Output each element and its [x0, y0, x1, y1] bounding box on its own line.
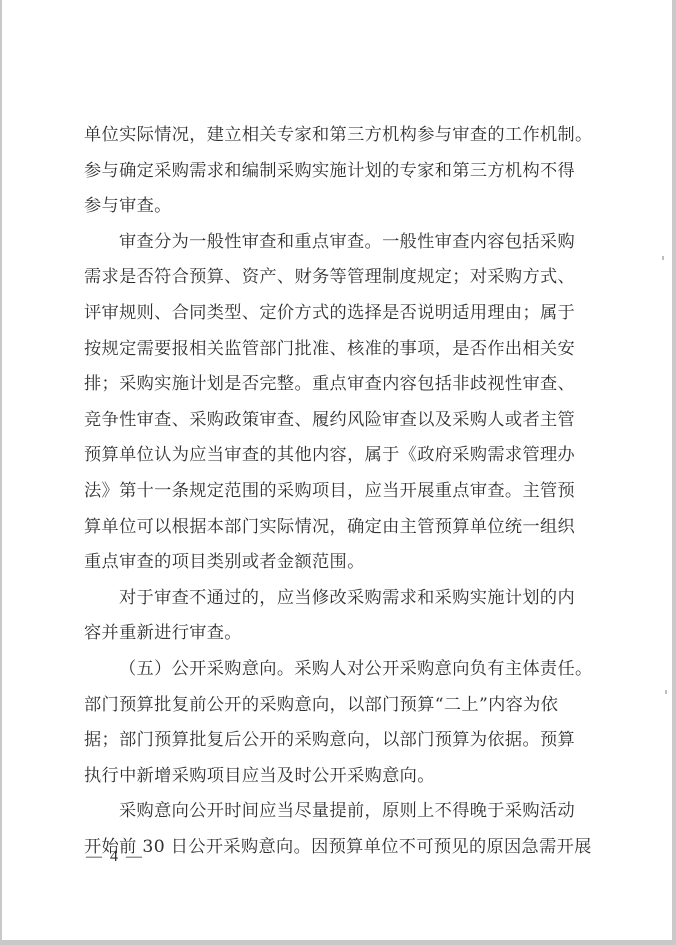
scan-speck	[662, 256, 664, 260]
text-line: 开始前 30 日公开采购意向。因预算单位不可预见的原因急需开展	[84, 830, 584, 866]
body-text: 单位实际情况，建立相关专家和第三方机构参与审查的工作机制。 参与确定采购需求和编…	[84, 118, 584, 865]
document-page: 单位实际情况，建立相关专家和第三方机构参与审查的工作机制。 参与确定采购需求和编…	[2, 0, 672, 940]
text-line: 执行中新增采购项目应当及时公开采购意向。	[84, 759, 584, 795]
text-line: 评审规则、合同类型、定价方式的选择是否说明适用理由；属于	[84, 296, 584, 332]
text-line-paragraph-start: 审查分为一般性审查和重点审查。一般性审查内容包括采购	[84, 225, 584, 261]
text-line: 按规定需要报相关监管部门批准、核准的事项，是否作出相关安	[84, 332, 584, 368]
scan-speck	[665, 690, 667, 694]
text-line: 法》第十一条规定范围的采购项目，应当开展重点审查。主管预	[84, 474, 584, 510]
text-line: 重点审查的项目类别或者金额范围。	[84, 545, 584, 581]
text-line: 竞争性审查、采购政策审查、履约风险审查以及采购人或者主管	[84, 403, 584, 439]
text-line: 排；采购实施计划是否完整。重点审查内容包括非歧视性审查、	[84, 367, 584, 403]
page-number: — 4 —	[86, 848, 144, 866]
text-line: 需求是否符合预算、资产、财务等管理制度规定；对采购方式、	[84, 260, 584, 296]
section-heading-line: （五）公开采购意向。采购人对公开采购意向负有主体责任。	[84, 652, 584, 688]
text-line: 单位实际情况，建立相关专家和第三方机构参与审查的工作机制。	[84, 118, 584, 154]
text-line-paragraph-start: 对于审查不通过的，应当修改采购需求和采购实施计划的内	[84, 581, 584, 617]
text-line: 部门预算批复前公开的采购意向，以部门预算“二上”内容为依	[84, 688, 584, 724]
text-line: 算单位可以根据本部门实际情况，确定由主管预算单位统一组织	[84, 510, 584, 546]
text-line: 参与审查。	[84, 189, 584, 225]
text-line-paragraph-start: 采购意向公开时间应当尽量提前，原则上不得晚于采购活动	[84, 794, 584, 830]
text-line: 参与确定采购需求和编制采购实施计划的专家和第三方机构不得	[84, 154, 584, 190]
text-line: 容并重新进行审查。	[84, 616, 584, 652]
text-line: 据；部门预算批复后公开的采购意向，以部门预算为依据。预算	[84, 723, 584, 759]
text-line: 预算单位认为应当审查的其他内容，属于《政府采购需求管理办	[84, 438, 584, 474]
